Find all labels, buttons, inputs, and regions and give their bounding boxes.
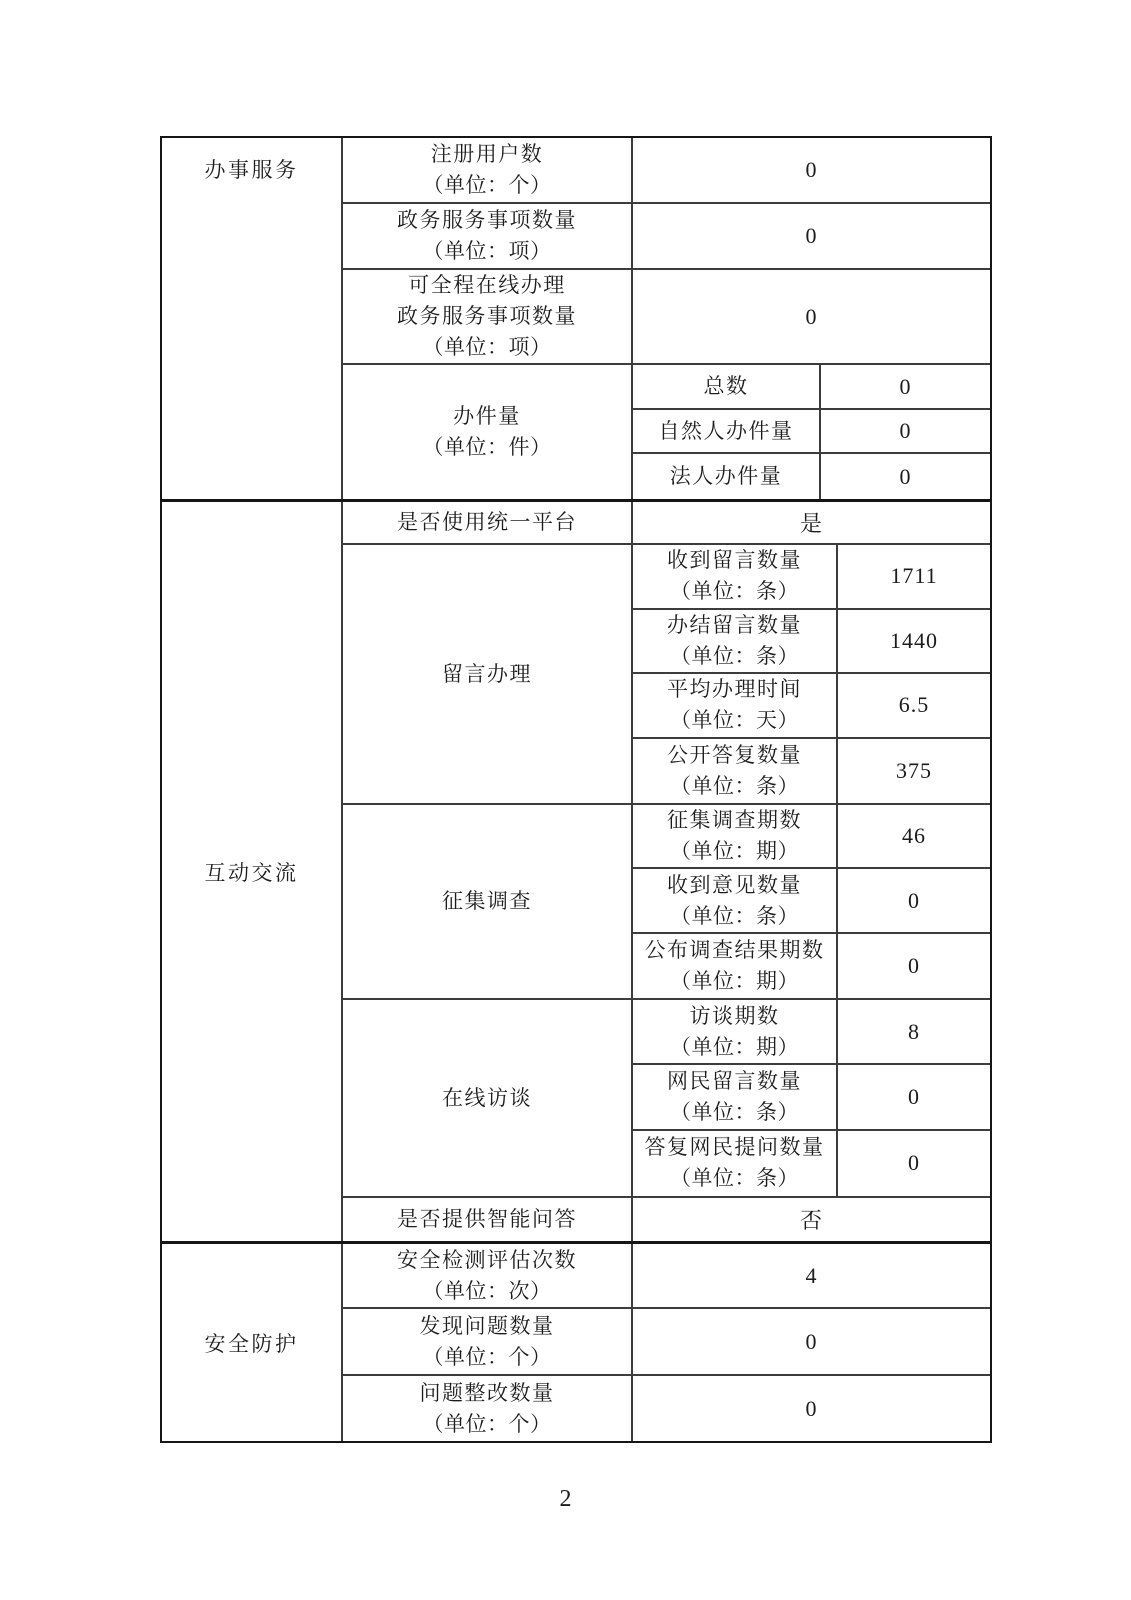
group-label: 征集调查	[442, 886, 532, 917]
submetric-label: 网民留言数量	[667, 1066, 802, 1097]
metric-label-cell: 政务服务事项数量 （单位：项）	[343, 204, 633, 268]
subrow-messages-received: 收到留言数量 （单位：条） 1711	[633, 545, 990, 610]
metric-label: 政务服务事项数量	[397, 205, 577, 236]
metric-label: 发现问题数量	[420, 1311, 555, 1342]
submetric-unit: （单位：天）	[670, 705, 799, 736]
submetric-label: 平均办理时间	[667, 674, 802, 705]
submetric-unit: （单位：条）	[670, 1097, 799, 1128]
subrow-legal-person: 法人办件量 0	[633, 454, 990, 499]
metric-unit: （单位：项）	[423, 236, 552, 267]
group-label: 留言办理	[442, 659, 532, 690]
submetric-value: 0	[838, 869, 990, 931]
submetric-value: 0	[821, 365, 990, 408]
category-cell-interaction: 互动交流	[162, 502, 343, 1241]
submetric-value: 0	[838, 934, 990, 998]
group-label-cell: 留言办理	[343, 545, 633, 803]
submetric-value: 0	[838, 1131, 990, 1196]
table-row-registered-users: 注册用户数 （单位：个） 0	[343, 138, 990, 204]
metric-label-cell: 注册用户数 （单位：个）	[343, 138, 633, 202]
table-row-security-assessments: 安全检测评估次数 （单位：次） 4	[343, 1244, 990, 1309]
submetric-value: 46	[838, 805, 990, 867]
submetric-unit: （单位：条）	[670, 901, 799, 932]
page-number: 2	[0, 1486, 1131, 1513]
message-handling-subrows: 收到留言数量 （单位：条） 1711 办结留言数量 （单位：条） 1440	[633, 545, 990, 803]
subrow-questions-answered: 答复网民提问数量 （单位：条） 0	[633, 1131, 990, 1196]
submetric-value: 0	[838, 1065, 990, 1128]
submetric-label-cell: 收到意见数量 （单位：条）	[633, 869, 838, 931]
submetric-label-cell: 网民留言数量 （单位：条）	[633, 1065, 838, 1128]
section-service: 办事服务 注册用户数 （单位：个） 0 政务服务事项数量 （单位：项） 0	[162, 138, 990, 502]
subrow-interview-issues: 访谈期数 （单位：期） 8	[633, 1000, 990, 1065]
table-row-message-handling-group: 留言办理 收到留言数量 （单位：条） 1711 办结留言数量	[343, 545, 990, 805]
table-row-smart-qa: 是否提供智能问答 否	[343, 1198, 990, 1241]
submetric-label-cell: 平均办理时间 （单位：天）	[633, 674, 838, 737]
metric-value: 0	[633, 138, 990, 202]
submetric-label: 公布调查结果期数	[645, 935, 825, 966]
submetric-value: 0	[821, 410, 990, 452]
table-row-interview-group: 在线访谈 访谈期数 （单位：期） 8 网民留言数量	[343, 1000, 990, 1198]
submetric-value: 6.5	[838, 674, 990, 737]
submetric-value: 1711	[838, 545, 990, 608]
metric-label-cell: 可全程在线办理 政务服务事项数量 （单位：项）	[343, 270, 633, 363]
submetric-label: 办结留言数量	[667, 610, 802, 641]
submetric-label-cell: 法人办件量	[633, 454, 821, 499]
submetric-label-cell: 公布调查结果期数 （单位：期）	[633, 934, 838, 998]
metric-value: 是	[633, 502, 990, 543]
subrow-public-replies: 公开答复数量 （单位：条） 375	[633, 739, 990, 803]
submetric-value: 0	[821, 454, 990, 499]
group-label-cell: 在线访谈	[343, 1000, 633, 1196]
submetric-label: 公开答复数量	[667, 740, 802, 771]
submetric-unit: （单位：期）	[670, 966, 799, 997]
table-row-unified-platform: 是否使用统一平台 是	[343, 502, 990, 545]
metric-label: 安全检测评估次数	[397, 1245, 577, 1276]
table-row-service-items: 政务服务事项数量 （单位：项） 0	[343, 204, 990, 270]
metric-unit: （单位：个）	[423, 1409, 552, 1440]
metric-unit: （单位：个）	[423, 170, 552, 201]
survey-subrows: 征集调查期数 （单位：期） 46 收到意见数量 （单位：条） 0	[633, 805, 990, 998]
category-label: 安全防护	[205, 1328, 299, 1358]
document-page: 办事服务 注册用户数 （单位：个） 0 政务服务事项数量 （单位：项） 0	[0, 0, 1131, 1600]
metric-unit: （单位：项）	[423, 332, 552, 363]
subrow-total: 总数 0	[633, 365, 990, 410]
submetric-label-cell: 征集调查期数 （单位：期）	[633, 805, 838, 867]
metric-value: 4	[633, 1244, 990, 1307]
submetric-unit: （单位：条）	[670, 576, 799, 607]
subrow-average-handling-time: 平均办理时间 （单位：天） 6.5	[633, 674, 990, 739]
metric-label: 注册用户数	[431, 139, 544, 170]
submetric-label: 法人办件量	[670, 461, 783, 492]
submetric-label-cell: 自然人办件量	[633, 410, 821, 452]
subrow-netizen-messages: 网民留言数量 （单位：条） 0	[633, 1065, 990, 1130]
submetric-label: 征集调查期数	[667, 805, 802, 836]
metric-label: 是否提供智能问答	[397, 1204, 577, 1235]
metric-unit: （单位：次）	[423, 1276, 552, 1307]
submetric-label-cell: 收到留言数量 （单位：条）	[633, 545, 838, 608]
case-volume-subrows: 总数 0 自然人办件量 0 法人办件量	[633, 365, 990, 499]
metric-label-cell: 问题整改数量 （单位：个）	[343, 1376, 633, 1441]
group-unit: （单位：件）	[423, 432, 552, 463]
submetric-label: 访谈期数	[690, 1001, 780, 1032]
category-label: 办事服务	[205, 154, 299, 184]
submetric-unit: （单位：期）	[670, 836, 799, 867]
subrow-natural-person: 自然人办件量 0	[633, 410, 990, 454]
submetric-unit: （单位：条）	[670, 771, 799, 802]
metric-label: 是否使用统一平台	[397, 507, 577, 538]
category-cell-security: 安全防护	[162, 1244, 343, 1441]
table-row-online-service-items: 可全程在线办理 政务服务事项数量 （单位：项） 0	[343, 270, 990, 365]
section-security: 安全防护 安全检测评估次数 （单位：次） 4 发现问题数量 （单位：个） 0	[162, 1244, 990, 1441]
metric-label-line1: 可全程在线办理	[408, 270, 566, 301]
metric-value: 0	[633, 270, 990, 363]
submetric-unit: （单位：条）	[670, 641, 799, 672]
category-cell-service: 办事服务	[162, 138, 343, 499]
submetric-label: 答复网民提问数量	[645, 1132, 825, 1163]
section-service-body: 注册用户数 （单位：个） 0 政务服务事项数量 （单位：项） 0 可全程在线办理	[343, 138, 990, 499]
table-row-problems-rectified: 问题整改数量 （单位：个） 0	[343, 1376, 990, 1441]
metric-label-cell: 安全检测评估次数 （单位：次）	[343, 1244, 633, 1307]
subrow-opinions-received: 收到意见数量 （单位：条） 0	[633, 869, 990, 933]
submetric-unit: （单位：期）	[670, 1032, 799, 1063]
table-row-survey-group: 征集调查 征集调查期数 （单位：期） 46 收到意见数量	[343, 805, 990, 1000]
submetric-label: 自然人办件量	[659, 416, 794, 447]
submetric-label: 收到留言数量	[667, 545, 802, 576]
section-interaction: 互动交流 是否使用统一平台 是 留言办理	[162, 502, 990, 1244]
subrow-survey-issues: 征集调查期数 （单位：期） 46	[633, 805, 990, 869]
group-label-cell: 征集调查	[343, 805, 633, 998]
submetric-label-cell: 访谈期数 （单位：期）	[633, 1000, 838, 1063]
table-row-problems-found: 发现问题数量 （单位：个） 0	[343, 1309, 990, 1376]
metric-unit: （单位：个）	[423, 1342, 552, 1373]
category-label: 互动交流	[205, 857, 299, 887]
group-label-cell: 办件量 （单位：件）	[343, 365, 633, 499]
group-label: 办件量	[453, 401, 521, 432]
submetric-label-cell: 答复网民提问数量 （单位：条）	[633, 1131, 838, 1196]
metric-label: 问题整改数量	[420, 1378, 555, 1409]
submetric-value: 8	[838, 1000, 990, 1063]
metric-label-cell: 发现问题数量 （单位：个）	[343, 1309, 633, 1374]
submetric-label: 收到意见数量	[667, 870, 802, 901]
metric-label-line2: 政务服务事项数量	[397, 301, 577, 332]
table-row-case-volume-group: 办件量 （单位：件） 总数 0 自然人办件量	[343, 365, 990, 499]
group-label: 在线访谈	[442, 1083, 532, 1114]
section-interaction-body: 是否使用统一平台 是 留言办理 收到留言数量 （单位：条）	[343, 502, 990, 1241]
metric-value: 否	[633, 1198, 990, 1241]
metric-value: 0	[633, 204, 990, 268]
interview-subrows: 访谈期数 （单位：期） 8 网民留言数量 （单位：条） 0	[633, 1000, 990, 1196]
submetric-label-cell: 办结留言数量 （单位：条）	[633, 610, 838, 673]
statistics-table: 办事服务 注册用户数 （单位：个） 0 政务服务事项数量 （单位：项） 0	[160, 136, 992, 1443]
submetric-unit: （单位：条）	[670, 1163, 799, 1194]
submetric-value: 375	[838, 739, 990, 803]
submetric-label-cell: 总数	[633, 365, 821, 408]
subrow-survey-results-published: 公布调查结果期数 （单位：期） 0	[633, 934, 990, 998]
metric-label-cell: 是否提供智能问答	[343, 1198, 633, 1241]
submetric-label: 总数	[704, 371, 749, 402]
metric-value: 0	[633, 1376, 990, 1441]
submetric-value: 1440	[838, 610, 990, 673]
metric-label-cell: 是否使用统一平台	[343, 502, 633, 543]
section-security-body: 安全检测评估次数 （单位：次） 4 发现问题数量 （单位：个） 0 问题整改数量	[343, 1244, 990, 1441]
submetric-label-cell: 公开答复数量 （单位：条）	[633, 739, 838, 803]
metric-value: 0	[633, 1309, 990, 1374]
subrow-messages-completed: 办结留言数量 （单位：条） 1440	[633, 610, 990, 675]
